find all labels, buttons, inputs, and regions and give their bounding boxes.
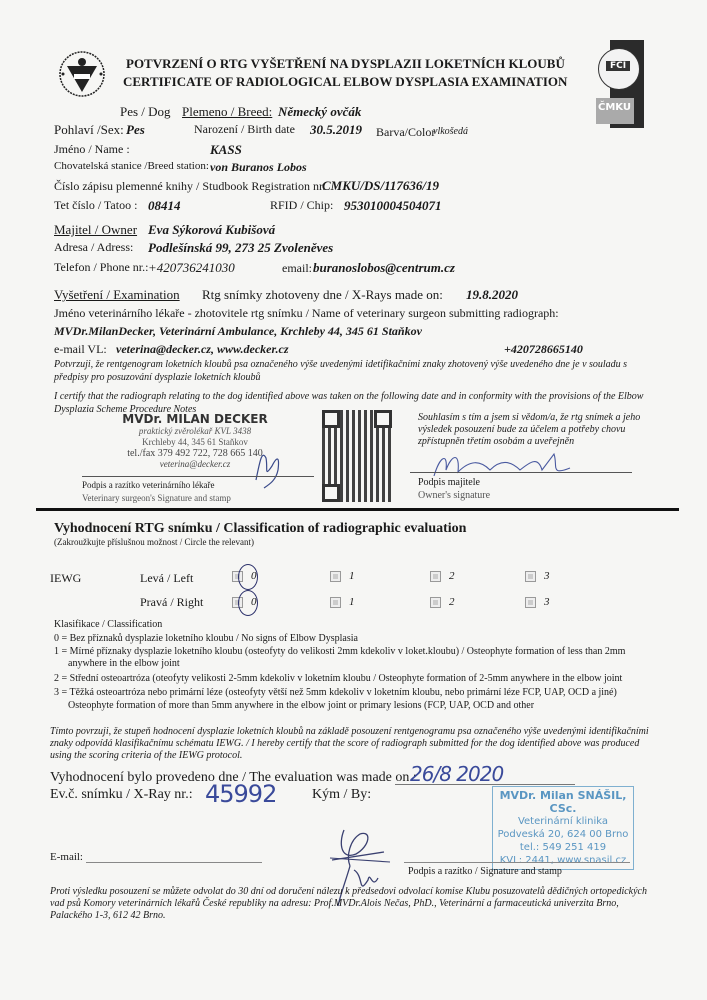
address-value: Podlešínská 99, 273 25 Zvoleněves — [148, 240, 333, 256]
station-value: von Buranos Lobos — [210, 160, 307, 175]
grade-option-label: 2 — [449, 570, 455, 582]
title-en: CERTIFICATE OF RADIOLOGICAL ELBOW DYSPLA… — [123, 74, 567, 90]
vet-signature-line — [82, 476, 314, 477]
chip-label: RFID / Chip: — [270, 198, 333, 213]
vet-label: Jméno veterinárního lékaře - zhotovitele… — [54, 306, 559, 321]
grade-option-right-2[interactable]: 2 — [430, 596, 455, 608]
club-emblem-logo — [58, 48, 106, 100]
station-label: Chovatelská stanice /Breed station: — [54, 160, 209, 172]
classification-item: Osteophyte formation of more than 5mm an… — [68, 700, 534, 711]
breed-label: Plemeno / Breed: — [182, 104, 272, 120]
left-label: Levá / Left — [140, 571, 193, 586]
exam-label: Vyšetření / Examination — [54, 287, 180, 303]
selected-grade-circle — [238, 590, 258, 616]
checkbox-icon[interactable] — [525, 597, 536, 608]
grade-option-right-1[interactable]: 1 — [330, 596, 355, 608]
tattoo-label: Tet číslo / Tatoo : — [54, 198, 137, 213]
evaluator-signature-line — [404, 862, 630, 863]
right-label: Pravá / Right — [140, 595, 203, 610]
breed-value: Německý ovčák — [278, 104, 361, 120]
checkbox-icon[interactable] — [330, 597, 341, 608]
vet-sig-label-en: Veterinary surgeon's Signature and stamp — [82, 493, 231, 503]
owner-name: Eva Sýkorová Kubišová — [148, 222, 275, 238]
tattoo-value: 08414 — [148, 198, 181, 214]
scheme-label: IEWG — [50, 571, 81, 586]
grade-option-label: 3 — [544, 596, 550, 608]
name-label: Jméno / Name : — [54, 142, 130, 157]
vet-signature — [250, 440, 286, 490]
address-label: Adresa / Adress: — [54, 240, 133, 255]
qr-code — [322, 410, 392, 502]
evaluation-subtitle: (Zakroužkujte příslušnou možnost / Circl… — [54, 537, 254, 547]
fci-logo-text: FCI — [606, 61, 630, 71]
classification-label: Klasifikace / Classification — [54, 619, 162, 630]
evaluation-title: Vyhodnocení RTG snímku / Classification … — [54, 521, 466, 537]
color-value: vlkošedá — [433, 126, 468, 137]
phone-value: +420736241030 — [148, 260, 235, 276]
vet-sig-label-cz: Podpis a razítko veterinárního lékaře — [82, 480, 214, 490]
grade-option-label: 3 — [544, 570, 550, 582]
cert-cz: Potvrzuji, že rentgenogram loketních klo… — [54, 358, 654, 384]
owner-sig-label-en: Owner's signature — [418, 490, 490, 501]
owner-signature-line — [410, 472, 632, 473]
evaluator-stamp-line2: Veterinární klinika — [493, 815, 633, 828]
sex-value: Pes — [126, 122, 145, 138]
fci-cmku-logo: FCI ČMKU — [610, 40, 644, 128]
studbook-value: CMKU/DS/117636/19 — [322, 178, 439, 194]
xray-made-label: Rtg snímky zhotoveny dne / X-Rays made o… — [202, 287, 443, 303]
grade-option-left-2[interactable]: 2 — [430, 570, 455, 582]
classification-item: anywhere in the elbow joint — [68, 658, 180, 669]
grade-option-left-3[interactable]: 3 — [525, 570, 550, 582]
vet-stamp-line2: praktický zvěrolékař KVL 3438 — [90, 426, 300, 437]
section-divider — [36, 508, 679, 511]
evaluator-stamp-line1: MVDr. Milan SNÁŠIL, CSc. — [493, 789, 633, 815]
studbook-label: Číslo zápisu plemenné knihy / Studbook R… — [54, 179, 325, 194]
title-cz: POTVRZENÍ O RTG VYŠETŘENÍ NA DYSPLAZII L… — [126, 56, 565, 72]
grade-option-label: 1 — [349, 570, 355, 582]
checkbox-icon[interactable] — [430, 571, 441, 582]
birth-value: 30.5.2019 — [310, 122, 362, 138]
cmku-logo-text: ČMKU — [598, 102, 631, 113]
evaluator-stamp-line4: tel.: 549 251 419 — [493, 841, 633, 854]
vet-phone-value: +420728665140 — [504, 342, 583, 357]
checkbox-icon[interactable] — [525, 571, 536, 582]
evaluator-stamp: MVDr. Milan SNÁŠIL, CSc. Veterinární kli… — [492, 786, 634, 870]
owner-label: Majitel / Owner — [54, 222, 137, 238]
vet-email-value: veterina@decker.cz, www.decker.cz — [116, 342, 289, 357]
grade-option-left-1[interactable]: 1 — [330, 570, 355, 582]
checkbox-icon[interactable] — [430, 597, 441, 608]
classification-item: 3 = Těžká osteoartróza nebo primární léz… — [54, 687, 617, 698]
xray-made-date: 19.8.2020 — [466, 287, 518, 303]
chip-value: 953010004504071 — [344, 198, 442, 214]
birth-label: Narození / Birth date — [194, 122, 295, 137]
sex-label: Pohlaví /Sex: — [54, 122, 124, 138]
name-value: KASS — [210, 142, 242, 158]
email-label: E-mail: — [50, 851, 83, 863]
evaluation-date-line — [395, 784, 575, 785]
classification-item: 1 = Mírné příznaky dysplazie loketního k… — [54, 646, 625, 657]
vet-email-label: e-mail VL: — [54, 342, 107, 357]
xray-nr-value: 45992 — [205, 780, 276, 808]
owner-sig-label-cz: Podpis majitele — [418, 477, 480, 488]
checkbox-icon[interactable] — [330, 571, 341, 582]
vet-stamp-line1: MVDr. MILAN DECKER — [90, 412, 300, 426]
grade-option-label: 1 — [349, 596, 355, 608]
evaluator-sig-label: Podpis a razítko / Signature and stamp — [408, 866, 562, 877]
appeal-text: Proti výsledku posouzení se můžete odvol… — [50, 886, 662, 922]
xray-nr-label: Ev.č. snímku / X-Ray nr.: — [50, 787, 193, 803]
grade-option-label: 2 — [449, 596, 455, 608]
vet-value: MVDr.MilanDecker, Veterinární Ambulance,… — [54, 324, 422, 339]
phone-label: Telefon / Phone nr.: — [54, 260, 148, 275]
color-label: Barva/Color — [376, 125, 435, 140]
owner-consent-text: Souhlasím s tím a jsem si vědom/a, že rt… — [418, 412, 648, 448]
classification-item: 2 = Střední osteoartróza (oteofyty velik… — [54, 673, 622, 684]
species-label: Pes / Dog — [120, 104, 171, 120]
evaluator-stamp-line3: Podveská 20, 624 00 Brno — [493, 828, 633, 841]
classification-item: 0 = Bez příznaků dysplazie loketního klo… — [54, 633, 358, 644]
evaluation-certify-text: Tímto povrzuji, že stupeň hodnocení dysp… — [50, 726, 662, 762]
email-field-line[interactable] — [86, 862, 262, 863]
owner-email-label: email: — [282, 261, 312, 276]
grade-option-right-3[interactable]: 3 — [525, 596, 550, 608]
selected-grade-circle — [238, 564, 258, 590]
owner-email-value: buranoslobos@centrum.cz — [313, 260, 455, 276]
evaluation-date-value: 26/8 2020 — [410, 762, 503, 786]
